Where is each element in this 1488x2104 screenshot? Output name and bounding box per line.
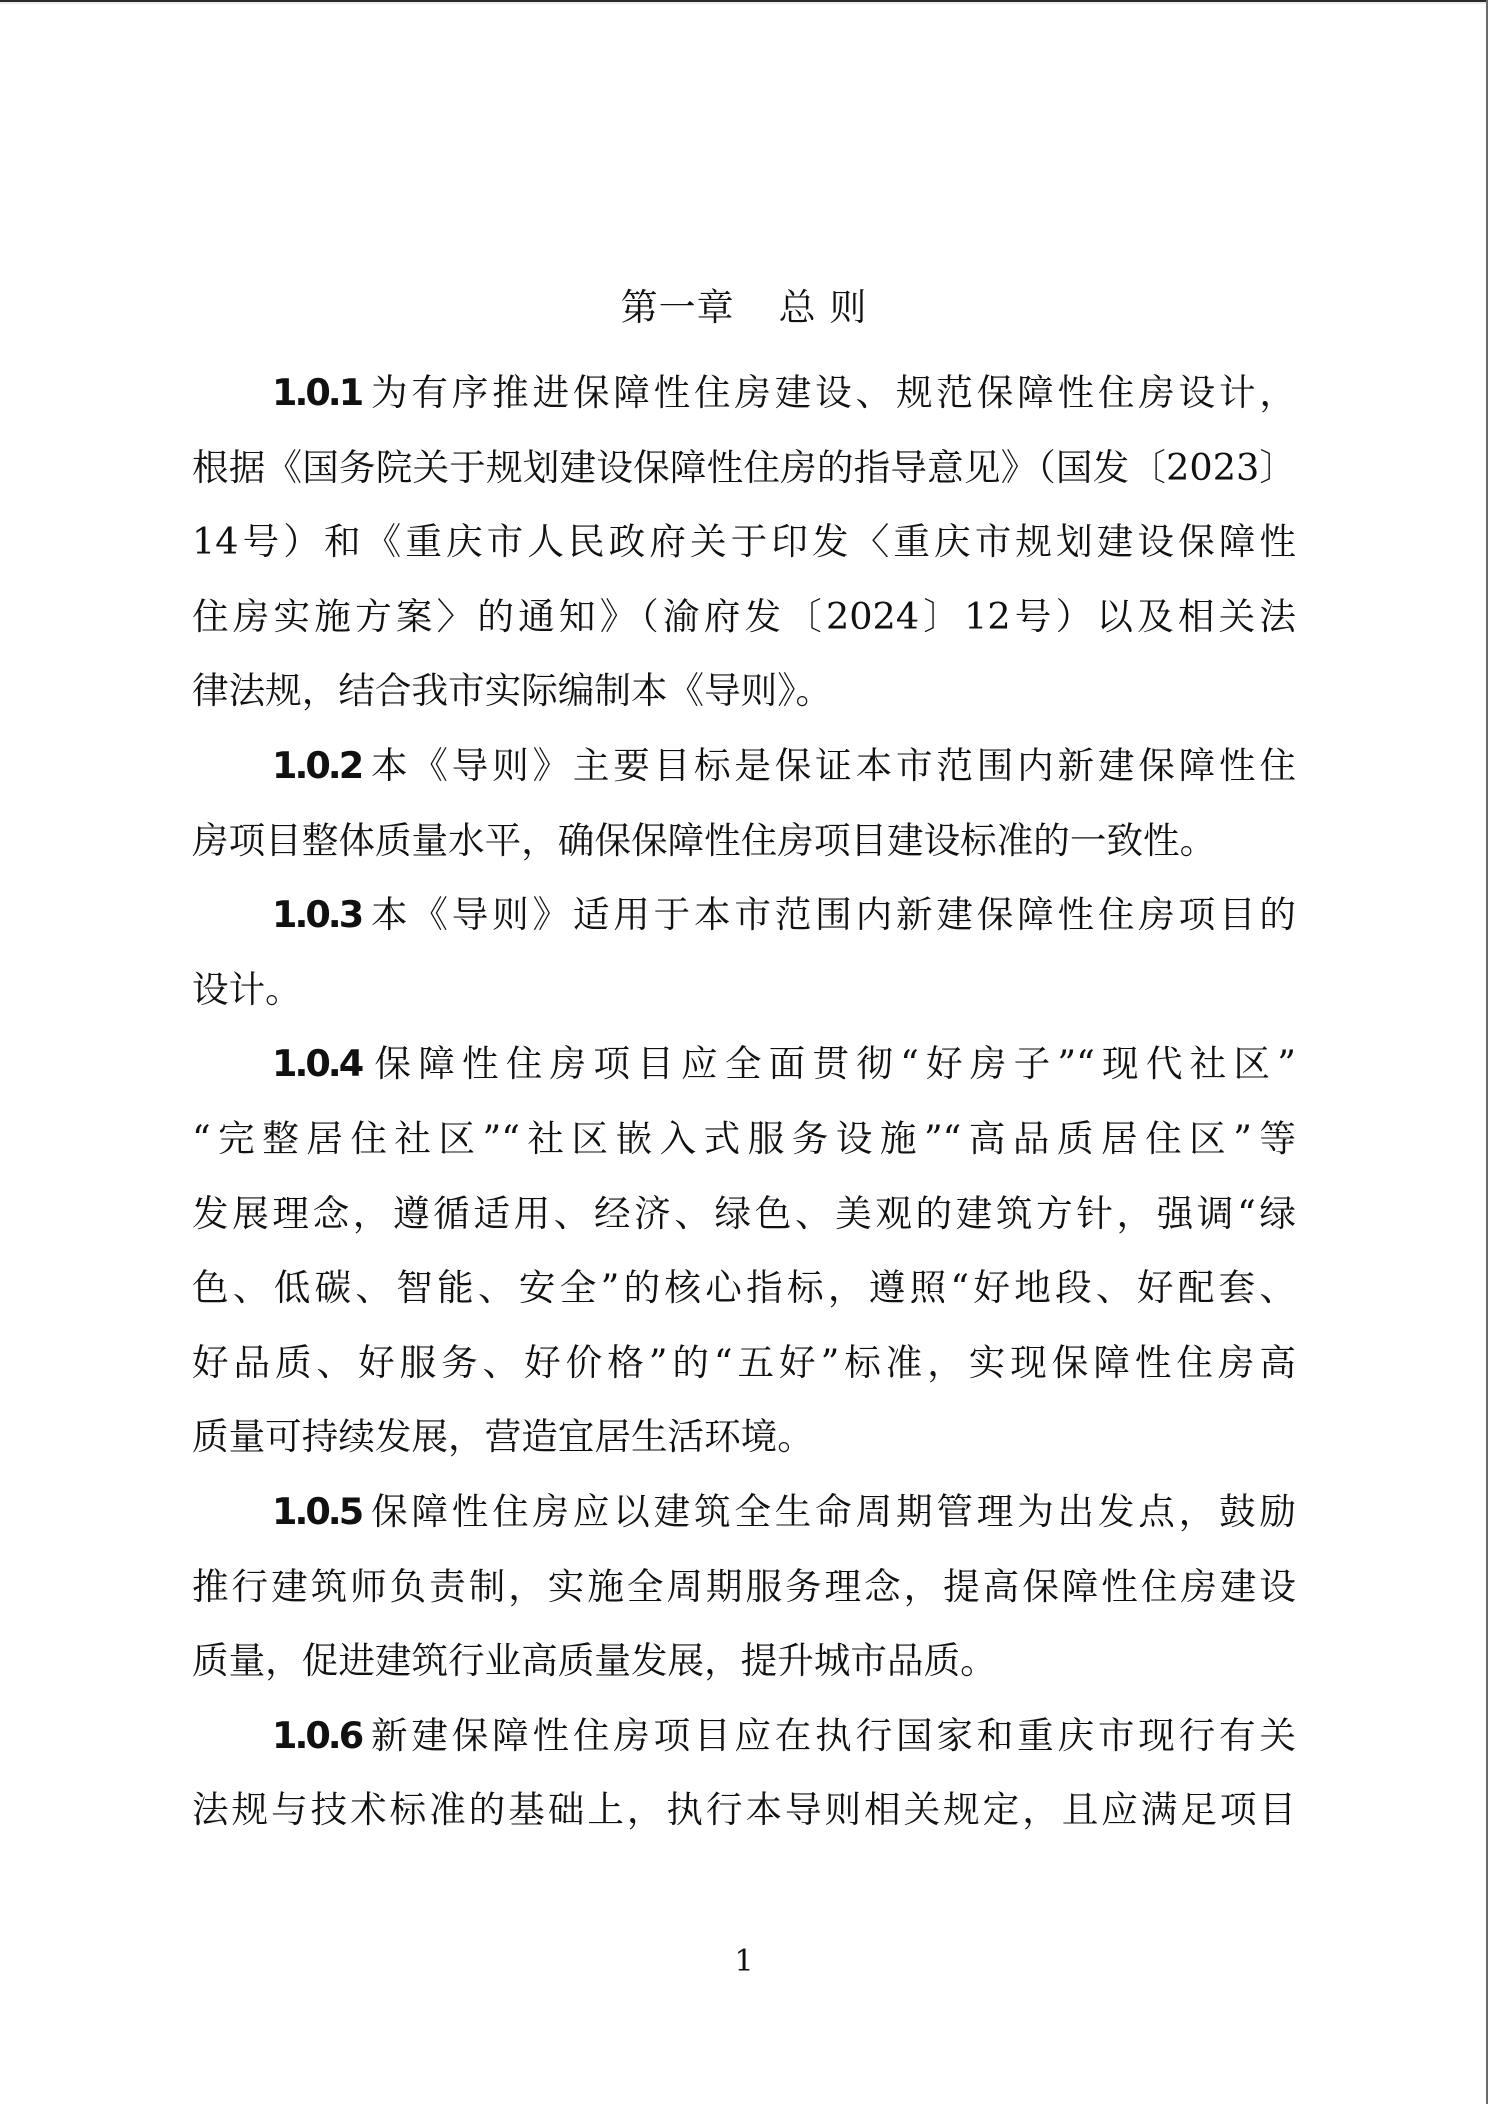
- page-top-border-shadow: [0, 2, 1488, 4]
- clause-line: 发展理念，遵循适用、经济、绿色、美观的建筑方针，强调“绿: [192, 1177, 1296, 1252]
- clause-line: 房项目整体质量水平，确保保障性住房项目建设标准的一致性。: [192, 804, 1296, 879]
- clause-1-0-1: 1.0.1为有序推进保障性住房建设、规范保障性住房设计， 根据《国务院关于规划建…: [192, 356, 1296, 729]
- clause-number: 1.0.2: [272, 744, 361, 787]
- clause-line: “完整居住社区”“社区嵌入式服务设施”“高品质居住区”等: [192, 1102, 1296, 1177]
- clause-1-0-4: 1.0.4保障性住房项目应全面贯彻“好房子”“现代社区” “完整居住社区”“社区…: [192, 1027, 1296, 1475]
- clause-1-0-6: 1.0.6新建保障性住房项目应在执行国家和重庆市现行有关 法规与技术标准的基础上…: [192, 1699, 1296, 1848]
- clause-line: 根据《国务院关于规划建设保障性住房的指导意见》（国发〔2023〕: [192, 431, 1296, 506]
- clause-1-0-5: 1.0.5保障性住房应以建筑全生命周期管理为出发点，鼓励 推行建筑师负责制，实施…: [192, 1475, 1296, 1699]
- clause-line: 推行建筑师负责制，实施全周期服务理念，提高保障性住房建设: [192, 1550, 1296, 1625]
- clause-line: 1.0.1为有序推进保障性住房建设、规范保障性住房设计，: [192, 356, 1296, 431]
- clause-number: 1.0.6: [272, 1714, 361, 1757]
- clause-text: 为有序推进保障性住房建设、规范保障性住房设计，: [367, 371, 1296, 414]
- clause-number: 1.0.4: [272, 1042, 361, 1085]
- clause-line: 法规与技术标准的基础上，执行本导则相关规定，且应满足项目: [192, 1773, 1296, 1848]
- clause-line: 住房实施方案〉的通知》（渝府发〔2024〕12号）以及相关法: [192, 580, 1296, 655]
- clause-line: 1.0.5保障性住房应以建筑全生命周期管理为出发点，鼓励: [192, 1475, 1296, 1550]
- clause-line: 14号）和《重庆市人民政府关于印发〈重庆市规划建设保障性: [192, 505, 1296, 580]
- clause-text: 本《导则》主要目标是保证本市范围内新建保障性住: [367, 744, 1296, 787]
- page-number: 1: [0, 1942, 1488, 1982]
- document-page: 第一章总 则 1.0.1为有序推进保障性住房建设、规范保障性住房设计， 根据《国…: [192, 280, 1296, 1848]
- clause-line: 律法规，结合我市实际编制本《导则》。: [192, 654, 1296, 729]
- clause-number: 1.0.1: [272, 371, 361, 414]
- clause-text: 保障性住房应以建筑全生命周期管理为出发点，鼓励: [367, 1490, 1296, 1533]
- clause-line: 质量，促进建筑行业高质量发展，提升城市品质。: [192, 1624, 1296, 1699]
- chapter-title: 第一章总 则: [192, 280, 1296, 336]
- clause-text: 新建保障性住房项目应在执行国家和重庆市现行有关: [367, 1714, 1296, 1757]
- chapter-name: 总 则: [779, 286, 868, 329]
- clause-line: 色、低碳、智能、安全”的核心指标，遵照“好地段、好配套、: [192, 1251, 1296, 1326]
- clause-line: 设计。: [192, 953, 1296, 1028]
- clause-line: 1.0.3本《导则》适用于本市范围内新建保障性住房项目的: [192, 878, 1296, 953]
- clause-1-0-3: 1.0.3本《导则》适用于本市范围内新建保障性住房项目的 设计。: [192, 878, 1296, 1027]
- clause-number: 1.0.3: [272, 893, 361, 936]
- clause-line: 质量可持续发展，营造宜居生活环境。: [192, 1400, 1296, 1475]
- clause-line: 1.0.4保障性住房项目应全面贯彻“好房子”“现代社区”: [192, 1027, 1296, 1102]
- clause-1-0-2: 1.0.2本《导则》主要目标是保证本市范围内新建保障性住 房项目整体质量水平，确…: [192, 729, 1296, 878]
- clause-text: 保障性住房项目应全面贯彻“好房子”“现代社区”: [367, 1042, 1296, 1085]
- clause-line: 1.0.2本《导则》主要目标是保证本市范围内新建保障性住: [192, 729, 1296, 804]
- clause-text: 本《导则》适用于本市范围内新建保障性住房项目的: [367, 893, 1296, 936]
- clause-line: 1.0.6新建保障性住房项目应在执行国家和重庆市现行有关: [192, 1699, 1296, 1774]
- clause-number: 1.0.5: [272, 1490, 361, 1533]
- chapter-number: 第一章: [621, 286, 735, 329]
- clause-line: 好品质、好服务、好价格”的“五好”标准，实现保障性住房高: [192, 1326, 1296, 1401]
